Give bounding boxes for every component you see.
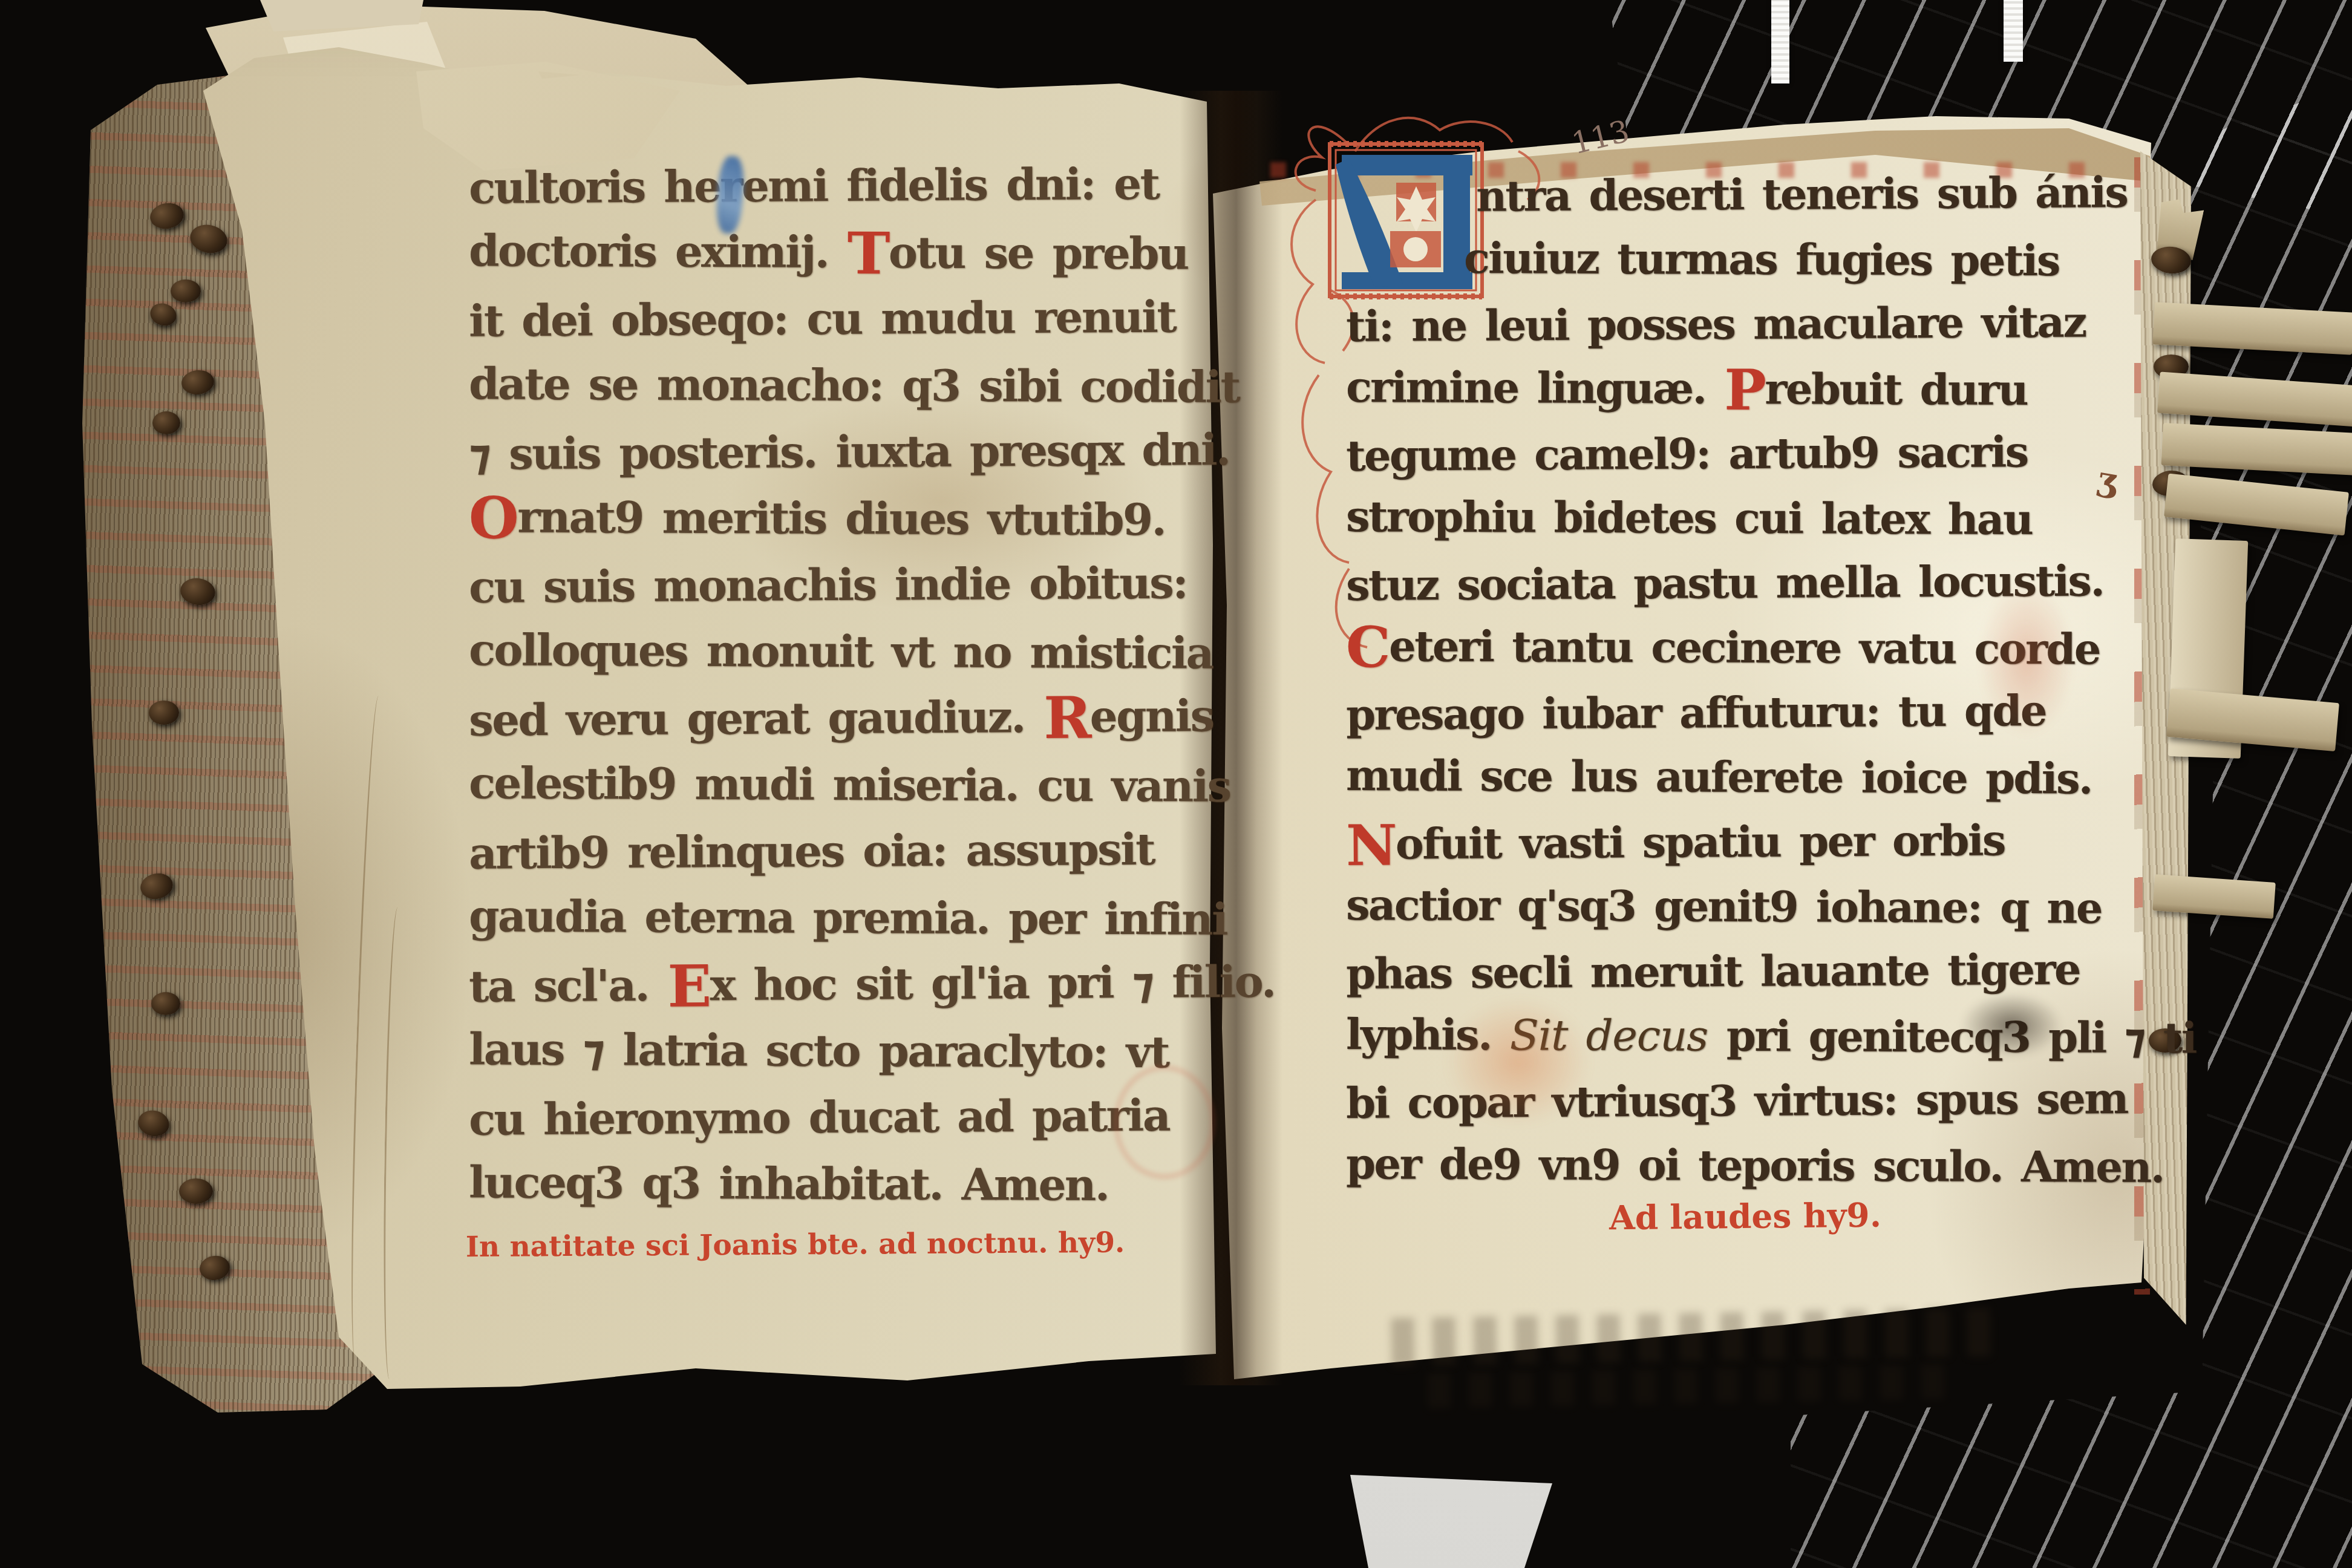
- post-text: egnis: [1089, 690, 1213, 742]
- pre-text: luceq3 q3 inhabitat. Amen.: [469, 1156, 1109, 1210]
- text-line: ti: ne leui posses maculare vitaz: [1346, 289, 2145, 359]
- pre-text: sactior q'sq3 genit9 iohane: q ne: [1346, 880, 2102, 933]
- text-line: gaudia eterna premia. per infini: [469, 883, 1204, 952]
- red-initial: N: [1346, 812, 1396, 878]
- pre-text: ⁊ suis posteris. iuxta presqx dni.: [469, 423, 1230, 480]
- pre-text: strophiu bidetes cui latex hau: [1346, 491, 2033, 544]
- text-line: ta scl'a. Ex hoc sit gl'ia pri ⁊ filio.: [469, 949, 1204, 1019]
- binding-knot: [149, 701, 179, 725]
- text-line: per de9 vn9 oi teporis sculo. Amen.: [1346, 1131, 2145, 1200]
- binding-knot: [179, 1178, 213, 1204]
- post-text: otu se prebu: [889, 226, 1188, 279]
- text-line: ciuiuz turmas fugies petis: [1346, 225, 2145, 293]
- text-line: ntra deserti teneris sub ánis: [1346, 160, 2145, 229]
- pre-text: ciuiuz turmas fugies petis: [1464, 233, 2059, 286]
- text-line: date se monacho: q3 sibi codidit: [469, 350, 1204, 420]
- binding-knot: [152, 411, 180, 434]
- pre-text: gaudia eterna premia. per infini: [469, 890, 1227, 944]
- ribbon-tie: [2004, 0, 2023, 62]
- post-text: pri genitecq3 pli ⁊ ti: [1708, 1011, 2196, 1063]
- pre-text: per de9 vn9 oi teporis sculo. Amen.: [1346, 1138, 2164, 1192]
- rubric-line: In natitate sci Joanis bte. ad noctnu. h…: [466, 1226, 1198, 1264]
- post-text: rebuit duru: [1765, 364, 2027, 415]
- binding-knot: [171, 279, 201, 302]
- text-line: ⁊ suis posteris. iuxta presqx dni.: [469, 416, 1204, 487]
- text-line: luceq3 q3 inhabitat. Amen.: [469, 1149, 1204, 1218]
- orange-stain: [1440, 992, 1597, 1131]
- pre-text: laus ⁊ latria scto paraclyto: vt: [469, 1023, 1169, 1077]
- pre-text: ti: ne leui posses maculare vitaz: [1346, 297, 2086, 351]
- ribbon-tie: [1771, 0, 1789, 83]
- post-text: ntra deserti teneris sub ánis: [1476, 167, 2128, 221]
- pre-text: tegume camel9: artub9 sacris: [1346, 426, 2028, 481]
- bleed-through-text: [1428, 1364, 1961, 1408]
- post-text: rnat9 meritis diues vtutib9.: [517, 491, 1165, 546]
- pre-text: cu suis monachis indie obitus:: [469, 557, 1187, 612]
- pre-text: artib9 relinques oia: assupsit: [469, 823, 1154, 879]
- red-initial: P: [1724, 357, 1765, 423]
- red-offset-ghost: [1978, 581, 2075, 738]
- red-initial: R: [1044, 684, 1090, 751]
- text-line: doctoris eximij. Totu se prebu: [469, 217, 1204, 287]
- text-line: celestib9 mudi miseria. cu vanis: [469, 750, 1204, 819]
- bleed-through-text: [1391, 1307, 2008, 1367]
- text-line: artib9 relinques oia: assupsit: [469, 815, 1204, 886]
- pre-text: colloques monuit vt no misticia: [469, 624, 1213, 678]
- left-text-block: cultoris heremi fidelis dni: et doctoris…: [469, 152, 1204, 1217]
- post-text: ofuit vasti spatiu per orbis: [1396, 815, 2005, 869]
- post-text: fidelis dni: et: [827, 158, 1158, 211]
- text-line: crimine linguæ. Prebuit duru: [1346, 354, 2145, 423]
- pre-text: ta scl'a.: [469, 959, 668, 1012]
- post-text: x hoc sit gl'ia pri ⁊ filio.: [710, 956, 1275, 1011]
- text-line: cu hieronymo ducat ad patria: [469, 1082, 1204, 1152]
- text-line: mudi sce lus auferete ioice pdis.: [1346, 743, 2145, 811]
- rubric-line: Ad laudes hy9.: [1346, 1192, 2145, 1240]
- text-line: tegume camel9: artub9 sacris: [1346, 419, 2145, 488]
- pre-text: phas secli meruit lauante tigere: [1346, 944, 2080, 999]
- pre-text: sed veru gerat gaudiuz.: [469, 691, 1044, 746]
- pre-text: doctoris eximij.: [469, 224, 848, 278]
- text-line: Ornat9 meritis diues vtutib9.: [469, 483, 1204, 553]
- manuscript-photo: A 113 cultoris heremi fidelis dni: et do…: [0, 0, 2352, 1568]
- red-initial: E: [667, 953, 710, 1020]
- red-initial: O: [469, 485, 518, 552]
- text-line: sactior q'sq3 genit9 iohane: q ne: [1346, 872, 2145, 941]
- pre-text: cu hieronymo ducat ad patria: [469, 1089, 1169, 1145]
- text-line: colloques monuit vt no misticia: [469, 616, 1204, 686]
- binding-knot: [151, 992, 180, 1015]
- pre-text: it dei obseqo: cu mudu renuit: [469, 291, 1176, 347]
- dark-smudge: [1960, 992, 2063, 1059]
- red-initial: C: [1346, 614, 1390, 680]
- text-line: it dei obseqo: cu mudu renuit: [469, 283, 1204, 354]
- pre-text: crimine linguæ.: [1346, 362, 1725, 414]
- text-line: Nofuit vasti spatiu per orbis: [1346, 807, 2145, 877]
- pre-text: presago iubar affuturu: tu qde: [1346, 685, 2046, 740]
- pre-text: cultoris heremi: [469, 160, 828, 214]
- red-initial: T: [847, 220, 889, 287]
- pre-text: mudi sce lus auferete ioice pdis.: [1346, 750, 2092, 803]
- pre-text: date se monacho: q3 sibi codidit: [469, 358, 1240, 413]
- faint-red-stain: [1113, 1065, 1216, 1180]
- text-line: sed veru gerat gaudiuz. Regnis: [469, 682, 1204, 753]
- text-line: cu suis monachis indie obitus:: [469, 549, 1204, 620]
- text-line: strophiu bidetes cui latex hau: [1346, 484, 2145, 552]
- pre-text: celestib9 mudi miseria. cu vanis: [469, 757, 1230, 811]
- text-line: laus ⁊ latria scto paraclyto: vt: [469, 1016, 1204, 1085]
